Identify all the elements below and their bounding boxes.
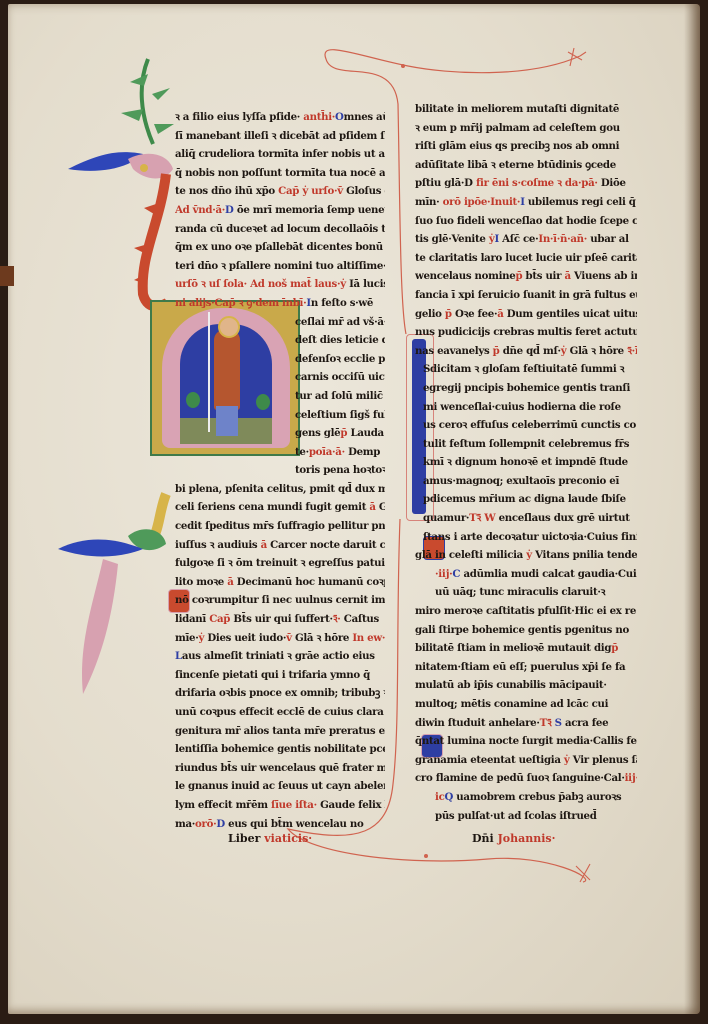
body-text: wencelaus nomine bbox=[415, 270, 515, 282]
body-text: gens glē bbox=[295, 427, 340, 439]
text-line: riſti glām eius qs precibꝫ nos ab omni bbox=[415, 137, 637, 156]
body-text: lidanī bbox=[175, 613, 209, 625]
body-text: mīn· bbox=[415, 196, 443, 208]
rubric-text: ſīue iſta· bbox=[271, 799, 317, 811]
text-line: fancia ī xpi ſeruicio ſuanit in grā fult… bbox=[415, 286, 637, 305]
text-line: aliq̄ crudeliora tormīta infer nobis ut … bbox=[175, 145, 385, 164]
text-line: Laus almeſit triniati ꝛ grāe actio eius bbox=[175, 647, 385, 666]
body-text: celi ſeriens cena mundi fugit gemit bbox=[175, 501, 366, 513]
text-line: genitura mr̄ alios tanta mr̄e preratus e… bbox=[175, 722, 385, 741]
body-text: defenſoꝛ ecclie poſt bbox=[295, 353, 385, 365]
text-line: mi wenceſlai·cuius hodierna die roſe bbox=[415, 398, 637, 417]
rubric-text: p̄ bbox=[611, 642, 618, 654]
body-text: Greſ· bbox=[376, 501, 385, 513]
text-line: kmī ꝛ dignum honoꝛē et impndē ſtude bbox=[415, 453, 637, 472]
body-text: q̄ntat lumina nocte ſurgit media·Callis … bbox=[415, 735, 637, 747]
body-text: ꝛ eum p mr̄ij palmam ad celeſtem gou bbox=[415, 122, 620, 134]
text-line: tis glē·Venite ẏI Aſc̄ ce·In·ī·n̄·an̄· u… bbox=[415, 230, 637, 249]
text-line: gali ſtirpe bohemice gentis pgenitus no bbox=[415, 621, 637, 640]
body-text: bi plena, pſenita celitus, pmit qd̄ dux … bbox=[175, 483, 385, 495]
text-line: lidanī Cap̄ Bt̄s uir qui ſuffert·ꝛ̄· Caſ… bbox=[175, 610, 385, 629]
footer-left-red: viaticis· bbox=[264, 832, 312, 845]
text-line: Sdicitam ꝛ gloſam feſtiuitatē ſummi ꝛ bbox=[415, 360, 637, 379]
body-text: cro flamine de pedū ſuoꝛ ſanguine·Cal· bbox=[415, 772, 625, 784]
body-text: Dum gentiles uicat uitus ple bbox=[504, 308, 637, 320]
text-line: tulit feſtum ſollempnit celebremus fr̄s bbox=[415, 435, 637, 454]
text-line: deſt dies leticie quo bbox=[175, 331, 385, 350]
rubric-text: fir ēni s·coſme ꝛ da·pā· bbox=[476, 177, 598, 189]
rubric-text: Cap̄ bbox=[209, 613, 230, 625]
text-line: lentiſſia bohemice gentis nobilitate pce… bbox=[175, 740, 385, 759]
body-text: Gloſus dſ· bbox=[343, 185, 385, 197]
body-text: Dies ueit iudo· bbox=[204, 632, 286, 644]
body-text: te claritatis laro lucet lucie uir pſeē … bbox=[415, 252, 637, 264]
text-line: unū coꝛpus effecit ecclē de cuius clara … bbox=[175, 703, 385, 722]
text-line: defenſoꝛ ecclie poſt bbox=[175, 350, 385, 369]
text-line: gens glēp̄ Lauda bbox=[175, 424, 385, 443]
text-line: nus pudicicijs crebras multis feret actu… bbox=[415, 323, 637, 342]
rubric-text: orō· bbox=[195, 818, 216, 830]
body-text: pūs pulſat·ut ad ſcolas iſtrued̄ bbox=[435, 810, 597, 822]
rubric-text: Tꝛ̄ bbox=[469, 512, 481, 524]
body-text: Glā ꝛ hōre bbox=[292, 632, 353, 644]
body-text: nus pudicicijs crebras multis feret actu… bbox=[415, 326, 637, 338]
text-line: nō coꝛrumpitur ſi nec uulnus cernit imte… bbox=[175, 591, 385, 610]
text-line: q̄ nobis non poſſunt tormīta tua nocē ad… bbox=[175, 164, 385, 183]
text-line: nas eavanelys p̄ dn̄e qd̄ mſ·ẏ Glā ꝛ hōr… bbox=[415, 342, 637, 361]
body-text: celeſtium ſigš ful bbox=[295, 409, 385, 421]
body-text: aliq̄ crudeliora tormīta infer nobis ut … bbox=[175, 148, 385, 160]
text-line: ·iĳ·C adūmlia mudi calcat gaudia·Cui bbox=[415, 565, 637, 584]
rubric-text: orō ipōe·Inuit· bbox=[443, 196, 521, 208]
initial-letter: D bbox=[216, 818, 225, 830]
text-line: lym effecit mr̄ēm ſīue iſta· Gaude felix… bbox=[175, 796, 385, 815]
body-text: randa cū duceꝛet ad locum decollaōis tam bbox=[175, 223, 385, 235]
body-text: Carcer nocte daruit celeſti bbox=[267, 539, 385, 551]
text-line: quamur·Tꝛ̄ W enceſlaus dux grē uirtut bbox=[415, 509, 637, 528]
text-line: riundus bt̄s uir wencelaus quē frater ma bbox=[175, 759, 385, 778]
text-line: ni alijs·Cap̄ ꝛ ꝯ·dem īnbī·In feſto s·wē bbox=[175, 294, 385, 313]
text-line: cedit ſpeditus mr̄s ſuffragio pellitur p… bbox=[175, 517, 385, 536]
body-text: eus qui bt̄m wencelau no bbox=[225, 818, 364, 830]
text-column-right: bilitate in meliorem mutaſti dignitatēꝛ … bbox=[415, 100, 637, 825]
text-column-left: ꝛ a filio eius lyſſa pſide· anth̄i·Omnes… bbox=[175, 108, 385, 833]
body-text: te· bbox=[295, 446, 309, 458]
body-text: teri dn̄o ꝛ pſallere nomini tuo altiſſim… bbox=[175, 260, 385, 272]
text-line: te·poīa·ā· Demp bbox=[175, 443, 385, 462]
body-text: fulgoꝛe ſi ꝛ ōm treinuit ꝛ egreſſus patu… bbox=[175, 557, 385, 569]
rubric-text: p̄ bbox=[445, 308, 452, 320]
initial-letter: L bbox=[175, 650, 182, 662]
text-line: ma·orō·D eus qui bt̄m wencelau no bbox=[175, 815, 385, 834]
text-line: uū uāq; tunc miraculis claruit·ꝛ bbox=[415, 583, 637, 602]
text-line: Ad v̄nd·ā·D ōe mrī memoria ſemp ueneꝛ bbox=[175, 201, 385, 220]
body-text: mnes aūt bbox=[344, 111, 385, 123]
text-line: pūs pulſat·ut ad ſcolas iſtrued̄ bbox=[415, 807, 637, 826]
body-text: Sdicitam ꝛ gloſam feſtiuitatē ſummi ꝛ bbox=[423, 363, 624, 375]
body-text: quamur· bbox=[423, 512, 469, 524]
body-text: riundus bt̄s uir wencelaus quē frater ma bbox=[175, 762, 385, 774]
body-text: bilitatē ſtiam in melioꝛē mutauit dig bbox=[415, 642, 611, 654]
page-tab-marker bbox=[0, 266, 14, 286]
text-line: glā in celeſti milicia ẏ Vitans pnilia t… bbox=[415, 546, 637, 565]
body-text: ſī manebant illeſi ꝛ dicebāt ad pſidem ſ… bbox=[175, 130, 385, 142]
initial-letter: O bbox=[335, 111, 344, 123]
body-text: pdicemus mr̄ium ac digna laude ſbiſe bbox=[423, 493, 626, 505]
text-line: celi ſeriens cena mundi fugit gemit ā Gr… bbox=[175, 498, 385, 517]
text-line: bilitate in meliorem mutaſti dignitatē bbox=[415, 100, 637, 119]
text-line: ꝛ eum p mr̄ij palmam ad celeſtem gou bbox=[415, 119, 637, 138]
body-text: ſtans i arte decoꝛatur uictoꝛia·Cuius fi… bbox=[423, 531, 637, 543]
text-line: drifaria oꝛbis pnoce ex omnib; tribubꝫ ꝛ… bbox=[175, 684, 385, 703]
body-text: riſti glām eius qs precibꝫ nos ab omni bbox=[415, 140, 619, 152]
text-line: granamia eteentat ueſtigia ẏ Vir plenus … bbox=[415, 751, 637, 770]
body-text: drifaria oꝛbis pnoce ex omnib; tribubꝫ ꝛ… bbox=[175, 687, 385, 699]
text-line: wencelaus nominep̄ bt̄s uir ā Viuens ab … bbox=[415, 267, 637, 286]
text-line: fulgoꝛe ſi ꝛ ōm treinuit ꝛ egreſſus patu… bbox=[175, 554, 385, 573]
body-text: amus·magnoq; exultaoīs preconio eī bbox=[423, 475, 619, 487]
text-line: gelio p̄ Oꝛe fee·ā Dum gentiles uicat ui… bbox=[415, 305, 637, 324]
body-text: mīe· bbox=[175, 632, 198, 644]
body-text: multoq; mētis conamine ad lcāc cui bbox=[415, 698, 608, 710]
body-text: cedit ſpeditus mr̄s ſuffragio pellitur p… bbox=[175, 520, 385, 532]
body-text: Vir plenus ſa bbox=[570, 754, 637, 766]
body-text: ſincenſe pietati qui i trifaria ymno q̄ bbox=[175, 669, 370, 681]
body-text: Viuens ab in bbox=[571, 270, 637, 282]
body-text: q̄ nobis non poſſunt tormīta tua nocē ad… bbox=[175, 167, 385, 179]
body-text: uāq; tunc miraculis claruit·ꝛ bbox=[449, 586, 605, 598]
text-line: nitatem·ſtiam eū eſſ; puerulus xp̄i ſe f… bbox=[415, 658, 637, 677]
body-text: lentiſſia bohemice gentis nobilitate pce… bbox=[175, 743, 385, 755]
body-text: bilitate in meliorem mutaſti dignitatē bbox=[415, 103, 619, 115]
body-text: adūmlia mudi calcat gaudia·Cui bbox=[460, 568, 636, 580]
text-line: ſī manebant illeſi ꝛ dicebāt ad pſidem ſ… bbox=[175, 127, 385, 146]
text-line: us ceroꝛ effuſus celeberrimū cunctis co bbox=[415, 416, 637, 435]
text-line: cro flamine de pedū ſuoꝛ ſanguine·Cal·iĳ… bbox=[415, 769, 637, 788]
body-text: n feſto s·wē bbox=[311, 297, 373, 309]
body-text: ſuo ſuo fideli wenceſlao dat hodie ſcepe… bbox=[415, 215, 637, 227]
rubric-text: W bbox=[481, 512, 495, 524]
running-footer-left: Liber viaticis· bbox=[228, 832, 312, 845]
body-text: nas eavanelys bbox=[415, 345, 493, 357]
rubric-text: poīa·ā· bbox=[309, 446, 345, 458]
rubric-text: ni alijs·Cap̄ ꝛ ꝯ·dem īnbī· bbox=[175, 297, 306, 309]
body-text: ubilemus regi celi q̄ bbox=[525, 196, 636, 208]
rubric-text: ꝛ̄·ī· bbox=[627, 345, 637, 357]
body-text: gelio bbox=[415, 308, 445, 320]
body-text: tulit feſtum ſollempnit celebremus fr̄s bbox=[423, 438, 629, 450]
rubric-text: urſō ꝛ uſ ſola· Ad noš mat̄ laus·ẏ bbox=[175, 278, 346, 290]
body-text: Bt̄s uir qui ſuffert· bbox=[230, 613, 333, 625]
body-text: uamobrem crebus p̄abꝫ auroꝛs bbox=[453, 791, 621, 803]
text-line: ceſlai mr̄ ad vš·ā· bbox=[175, 313, 385, 332]
body-text: deſt dies leticie quo bbox=[295, 334, 385, 346]
text-line: te claritatis laro lucet lucie uir pſeē … bbox=[415, 249, 637, 268]
text-line: amus·magnoq; exultaoīs preconio eī bbox=[415, 472, 637, 491]
body-text: dn̄e qd̄ mſ· bbox=[499, 345, 560, 357]
body-text: Caſtus bbox=[341, 613, 379, 625]
rubric-text: Tꝛ̄ bbox=[540, 717, 552, 729]
rubric-text: Cap̄ ẏ urſo·v̄ bbox=[278, 185, 343, 197]
body-text: gali ſtirpe bohemice gentis pgenitus no bbox=[415, 624, 629, 636]
body-text: acra fee bbox=[562, 717, 609, 729]
body-text: mulatū ab ip̄is cunabilis mācipauit· bbox=[415, 679, 607, 691]
text-line: mīn· orō ipōe·Inuit·I ubilemus regi celi… bbox=[415, 193, 637, 212]
text-line: miro meroꝛe caſtitatis pfulſit·Hic ei ex… bbox=[415, 602, 637, 621]
body-text: tur ad ſolū milic̄ bbox=[295, 390, 383, 402]
text-line: q̄ntat lumina nocte ſurgit media·Callis … bbox=[415, 732, 637, 751]
text-line: lito moꝛe ā Decimanū hoc humanū coꝛpus bbox=[175, 573, 385, 592]
body-text: Glā ꝛ hōre bbox=[566, 345, 627, 357]
rubric-text: ·iĳ· bbox=[435, 568, 452, 580]
body-text: te nos dn̄o ihū xp̄o bbox=[175, 185, 278, 197]
body-text: Vitans pnilia tendens bbox=[532, 549, 637, 561]
body-text: nō coꝛrumpitur ſi nec uulnus cernit imte… bbox=[175, 594, 385, 606]
rubric-text: Ad v̄nd·ā· bbox=[175, 204, 225, 216]
body-text: ubar al bbox=[587, 233, 629, 245]
body-text: le gnanus inuid ac ſeuus ut cayn abelem … bbox=[175, 780, 385, 792]
body-text: ꝛ a filio eius lyſſa pſide· bbox=[175, 111, 303, 123]
rubric-text: anth̄i· bbox=[303, 111, 335, 123]
text-line: carnis occiſū uictꝯ bbox=[175, 368, 385, 387]
rubric-text: ꝛ̄· bbox=[333, 613, 341, 625]
body-text: unū coꝛpus effecit ecclē de cuius clara … bbox=[175, 706, 385, 718]
rubric-text: ā bbox=[366, 501, 376, 513]
body-text: granamia eteentat ueſtigia bbox=[415, 754, 564, 766]
text-line: diwin ſtuduit anhelare·Tꝛ̄ S acra fee bbox=[415, 714, 637, 733]
body-text: glā in celeſti milicia bbox=[415, 549, 526, 561]
body-text: bt̄s uir bbox=[522, 270, 564, 282]
body-text: Decimanū hoc humanū coꝛpus bbox=[234, 576, 385, 588]
text-line: icQ uamobrem crebus p̄abꝫ auroꝛs bbox=[415, 788, 637, 807]
text-line: q̄m ex uno oꝛe pſallebāt dicentes bonū e… bbox=[175, 238, 385, 257]
body-text: ōe mrī memoria ſemp ueneꝛ bbox=[234, 204, 385, 216]
body-text: adūſitate libā ꝛ eterne btūdinis ꝯcede bbox=[415, 159, 616, 171]
body-text: kmī ꝛ dignum honoꝛē et impndē ſtude bbox=[423, 456, 628, 468]
initial-letter: Q bbox=[444, 791, 453, 803]
body-text: ma· bbox=[175, 818, 195, 830]
body-text: Iā lucis· bbox=[346, 278, 385, 290]
text-line: ſuo ſuo fideli wenceſlao dat hodie ſcepe… bbox=[415, 212, 637, 231]
text-line: iuſſus ꝛ audiuis ā Carcer nocte daruit c… bbox=[175, 536, 385, 555]
body-text: Oꝛe fee· bbox=[452, 308, 497, 320]
body-text: us ceroꝛ effuſus celeberrimū cunctis co bbox=[423, 419, 636, 431]
body-text: nitatem·ſtiam eū eſſ; puerulus xp̄i ſe f… bbox=[415, 661, 625, 673]
initial-letter: S bbox=[551, 717, 561, 729]
body-text: Diōe bbox=[598, 177, 626, 189]
rubric-text: In·ī·n̄·an̄· bbox=[538, 233, 587, 245]
body-text: fancia ī xpi ſeruicio ſuanit in grā fult… bbox=[415, 289, 637, 301]
text-line: le gnanus inuid ac ſeuus ut cayn abelem … bbox=[175, 777, 385, 796]
body-text: carnis occiſū uictꝯ bbox=[295, 371, 385, 383]
text-line: multoq; mētis conamine ad lcāc cui bbox=[415, 695, 637, 714]
body-text: q̄m ex uno oꝛe pſallebāt dicentes bonū e… bbox=[175, 241, 385, 253]
text-line: adūſitate libā ꝛ eterne btūdinis ꝯcede bbox=[415, 156, 637, 175]
initial-letter: D bbox=[225, 204, 234, 216]
text-line: bi plena, pſenita celitus, pmit qd̄ dux … bbox=[175, 480, 385, 499]
body-text: aus almeſit triniati ꝛ grāe actio eius bbox=[182, 650, 375, 662]
body-text: toris pena hoꝛtoꝛ bbox=[295, 464, 385, 476]
text-line: ſtans i arte decoꝛatur uictoꝛia·Cuius fi… bbox=[415, 528, 637, 547]
body-text: lym effecit mr̄ēm bbox=[175, 799, 271, 811]
body-text: egregij pncipis bohemice gentis tranſi bbox=[423, 382, 630, 394]
text-line: toris pena hoꝛtoꝛ bbox=[175, 461, 385, 480]
body-text: Lauda bbox=[347, 427, 384, 439]
text-line: pdicemus mr̄ium ac digna laude ſbiſe bbox=[415, 490, 637, 509]
body-text: tis glē·Venite bbox=[415, 233, 489, 245]
body-text: Aſc̄ ce· bbox=[499, 233, 538, 245]
footer-left-black: Liber bbox=[228, 832, 260, 845]
text-line: randa cū duceꝛet ad locum decollaōis tam bbox=[175, 220, 385, 239]
text-line: bilitatē ſtiam in melioꝛē mutauit digp̄ bbox=[415, 639, 637, 658]
running-footer-right: Dn̄i Johannis· bbox=[472, 832, 555, 845]
body-text: ceſlai mr̄ ad vš·ā· bbox=[295, 316, 385, 328]
body-text: enceſlaus dux grē uirtut bbox=[495, 512, 629, 524]
text-line: ꝛ a filio eius lyſſa pſide· anth̄i·Omnes… bbox=[175, 108, 385, 127]
text-line: ſincenſe pietati qui i trifaria ymno q̄ bbox=[175, 666, 385, 685]
body-text: lito moꝛe bbox=[175, 576, 227, 588]
rubric-text: In ew·ā· bbox=[352, 632, 385, 644]
footer-right-red: Johannis· bbox=[498, 832, 556, 845]
text-line: egregij pncipis bohemice gentis tranſi bbox=[415, 379, 637, 398]
body-text: diwin ſtuduit anhelare· bbox=[415, 717, 540, 729]
body-text: genitura mr̄ alios tanta mr̄e preratus e… bbox=[175, 725, 385, 737]
body-text: pſtiu glā·D bbox=[415, 177, 476, 189]
text-line: tur ad ſolū milic̄ bbox=[175, 387, 385, 406]
body-text: mi wenceſlai·cuius hodierna die roſe bbox=[423, 401, 621, 413]
body-text: iuſſus ꝛ audiuis bbox=[175, 539, 261, 551]
text-line: mulatū ab ip̄is cunabilis mācipauit· bbox=[415, 676, 637, 695]
text-line: teri dn̄o ꝛ pſallere nomini tuo altiſſim… bbox=[175, 257, 385, 276]
rubric-text: iĳ· bbox=[625, 772, 637, 784]
body-text: uū bbox=[435, 586, 449, 598]
body-text: Demp bbox=[345, 446, 380, 458]
footer-right-black: Dn̄i bbox=[472, 832, 494, 845]
body-text: miro meroꝛe caſtitatis pfulſit·Hic ei ex… bbox=[415, 605, 636, 617]
body-text: Gaude felix bohe bbox=[317, 799, 385, 811]
text-line: te nos dn̄o ihū xp̄o Cap̄ ẏ urſo·v̄ Gloſ… bbox=[175, 182, 385, 201]
text-line: mīe·ẏ Dies ueit iudo·v̄ Glā ꝛ hōre In ew… bbox=[175, 629, 385, 648]
text-line: urſō ꝛ uſ ſola· Ad noš mat̄ laus·ẏ Iā lu… bbox=[175, 275, 385, 294]
text-line: celeſtium ſigš ful bbox=[175, 406, 385, 425]
text-line: pſtiu glā·D fir ēni s·coſme ꝛ da·pā· Diō… bbox=[415, 174, 637, 193]
